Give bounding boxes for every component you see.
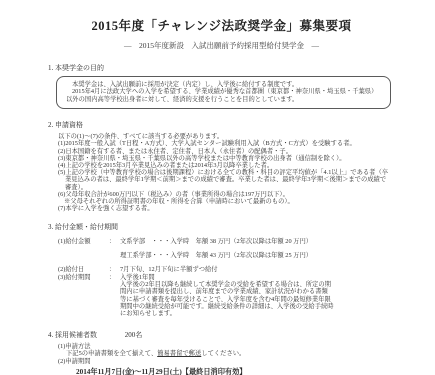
section-eligibility-heading: 2. 申請資格 <box>48 120 395 130</box>
section-purpose-heading: 1. 本奨学金の目的 <box>48 63 395 73</box>
grant-date-row: (2)給付日 ： 7月下旬、12月下旬に半額ずつ給付 <box>58 266 395 273</box>
quota-count: 200名 <box>125 331 143 339</box>
eligibility-list: 以下の(1)～(7)の条件、すべてに該当する必要があります。 (1)2015年度… <box>58 133 390 212</box>
purpose-box: 本奨学金は、入試出願前に採用が決定（内定）し、入学後に給付する制度です。 201… <box>56 76 391 109</box>
application-method-post: してください。 <box>201 350 245 357</box>
section-quota-heading: 4. 採用候補者数 200名 <box>48 330 395 340</box>
grant-amount-colon: ： <box>104 238 120 245</box>
purpose-line-2: 2015年4月に法政大学への入学を希望する、学業成績が優秀な首都圏（東京都・神奈… <box>66 88 381 103</box>
grant-date-label: (2)給付日 <box>58 266 104 273</box>
document-title: 2015年度「チャレンジ法政奨学金」募集要項 <box>48 16 395 34</box>
application-period-value: 2014年11月7日(金)～11月29日(土)【最終日消印有効】 <box>76 367 395 375</box>
grant-period-colon: ： <box>104 274 120 281</box>
eligibility-item: (2)日本国籍を有する者、または永住者、定住者、日本人（永住者）の配偶者・子。 <box>58 148 390 155</box>
grant-period-note: 入学後の2年目以降も継続して本奨学金の受給を希望する場合は、所定の期間内に申請書… <box>120 281 334 317</box>
grant-period-label: (3)給付期間 <box>58 274 104 281</box>
document-page: 2015年度「チャレンジ法政奨学金」募集要項 ― 2015年度新設 入試出願前予… <box>0 0 435 375</box>
application-method-pre: 下記5の申請書類を全て揃えて、 <box>66 350 157 357</box>
grant-amount-row-science: 理工系学部・・・入学時 年額 43 万円（2年次以降は年額 25 万円） <box>120 252 395 259</box>
application-method-mailing: 簡易書留で郵送 <box>157 350 201 357</box>
eligibility-item: (1)2015年度一般入試（T日程・A方式）、大学入試センター試験利用入試（B方… <box>58 140 390 147</box>
eligibility-item: (5)上記の学校（中等教育学校の場合は後期課程）における全ての教科・科目の評定平… <box>58 169 390 191</box>
grant-date-colon: ： <box>104 266 120 273</box>
quota-heading-label: 4. 採用候補者数 <box>48 331 97 339</box>
application-period-label: (2)申請期間 <box>58 358 395 365</box>
eligibility-item: (3)東京都・神奈川県・埼玉県・千葉県以外の高等学校または中等教育学校の出身者（… <box>58 155 390 162</box>
grant-amount-science: 理工系学部・・・入学時 年額 43 万円（2年次以降は年額 25 万円） <box>120 252 395 259</box>
document-subtitle: ― 2015年度新設 入試出願前予約採用型給付奨学金 ― <box>48 40 395 51</box>
grant-amount-label: (1)給付金額 <box>58 238 104 245</box>
grant-amount-humanities: 文系学部 ・・・入学時 年額 38 万円（2年次以降は年額 20 万円） <box>120 238 395 245</box>
application-method-text: 下記5の申請書類を全て揃えて、簡易書留で郵送してください。 <box>66 350 395 357</box>
eligibility-item: (7)本学に入学を強く志望する者。 <box>58 205 390 212</box>
grant-amount-row: (1)給付金額 ： 文系学部 ・・・入学時 年額 38 万円（2年次以降は年額 … <box>58 238 395 245</box>
section-grant-heading: 3. 給付金額・給付期間 <box>48 222 395 232</box>
section-quota: 4. 採用候補者数 200名 (1)申請方法 下記5の申請書類を全て揃えて、簡易… <box>48 330 395 375</box>
section-purpose: 1. 本奨学金の目的 本奨学金は、入試出願前に採用が決定（内定）し、入学後に給付… <box>48 63 395 109</box>
section-eligibility: 2. 申請資格 以下の(1)～(7)の条件、すべてに該当する必要があります。 (… <box>48 120 395 212</box>
section-grant: 3. 給付金額・給付期間 (1)給付金額 ： 文系学部 ・・・入学時 年額 38… <box>48 222 395 317</box>
eligibility-item: (6)父母年収合計が600万円以下（税込み）の者（事業所得の場合は197万円以下… <box>58 191 390 198</box>
grant-date-value: 7月下旬、12月下旬に半額ずつ給付 <box>120 266 395 273</box>
